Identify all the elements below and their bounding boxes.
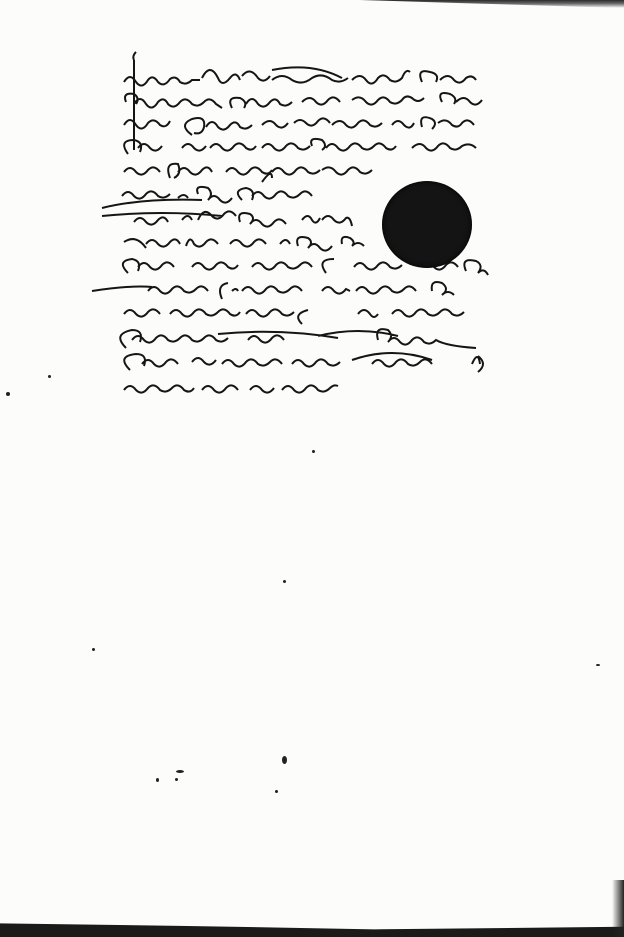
text-line: [illegible handwriting] [122,136,512,158]
binding-edge-bottom [0,920,624,937]
text-line: [illegible handwriting] [122,113,502,135]
text-line: [illegible handwriting] [252,362,292,384]
text-line: [illegible handwriting] [122,160,402,182]
handwriting-strokes [122,378,342,404]
text-line: [illegible handwriting] [92,279,512,301]
handwriting-strokes [122,255,522,281]
handwriting-strokes [122,302,512,328]
margin-bracket-stroke [128,60,148,320]
ink-speck [283,580,286,583]
ink-speck [282,756,287,764]
text-line: [illegible handwriting] [118,326,508,348]
text-line: [illegible handwriting] [122,232,382,254]
text-line: [illegible handwriting] [122,378,342,400]
ink-speck [176,770,184,773]
handwriting-strokes [122,350,502,380]
manuscript-page: [illegible handwriting] [illegible handw… [0,0,624,937]
notarial-signature [330,378,530,478]
handwriting-strokes [122,160,402,186]
text-line: [illegible handwriting] [122,255,522,277]
handwritten-text-block: [illegible handwriting] [illegible handw… [0,0,624,520]
ink-speck [175,778,178,781]
page-edge-right [612,880,624,937]
ink-speck [312,450,315,453]
ink-speck [596,664,600,666]
text-line: [illegible handwriting] [122,350,502,372]
ink-speck [48,375,51,378]
ink-seal: ink seal [382,181,472,268]
ink-speck [6,392,10,396]
ink-speck [156,778,159,782]
text-line: [illegible handwriting] [122,68,502,90]
ink-speck [92,648,95,651]
text-line: [illegible handwriting] [122,302,512,324]
handwriting-strokes [122,136,512,162]
ink-speck [275,790,278,793]
text-line: [illegible handwriting] [122,90,512,112]
